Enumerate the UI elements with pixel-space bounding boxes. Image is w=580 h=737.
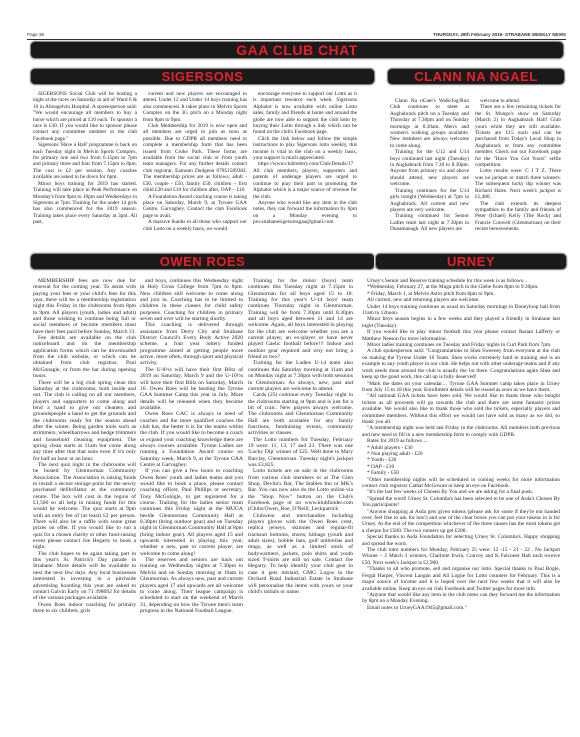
owen-roes-col-2: and boys, continues this Wednesday night… [140, 278, 243, 614]
paragraph: Click the link below and follow the simp… [253, 136, 357, 162]
page-header: Page 36 THURSDAY, 28th February 2019- ST… [27, 28, 566, 40]
paragraph: Training for the minor (boys) team conti… [248, 278, 353, 360]
paragraph: Lotto tickets are on sale in the clubroo… [248, 468, 353, 512]
paragraph: A Foundation Award coaching course is ta… [143, 194, 247, 220]
paragraph: Under 14 boys training continues as usua… [362, 304, 560, 317]
paragraph: *Wednesday, February 27, at the Muga pit… [362, 284, 560, 290]
sigersons-col-3: encourage everyone to support our Lotto … [253, 91, 357, 226]
paragraph: "Mark the dates on your calendar… Tyrone… [362, 381, 560, 394]
date-publication: THURSDAY, 28th February 2019- STRABANE W… [433, 32, 566, 37]
paragraph: "A membership night was held last Friday… [362, 425, 560, 438]
paragraph: Club Membership for 2019 is now open and… [143, 123, 247, 193]
paragraph: Training for the U12 and U14 boys contin… [390, 149, 469, 187]
paragraph: "Spread the word! Urney St. Columba's ha… [362, 496, 560, 509]
paragraph: https://www.clublottery.com/Club/Details… [253, 161, 357, 199]
paragraph: current and new players are encouraged t… [143, 91, 247, 123]
page-number: Page 36 [27, 32, 44, 37]
paragraph: Training for the Ladies U-14 team also c… [248, 360, 353, 392]
paragraph: Sigersons 'Have a Ball' programme is bac… [33, 142, 137, 180]
paragraph: The club hopes to be again taking part i… [33, 551, 136, 602]
owen-roes-banner: OWEN ROES [30, 253, 375, 270]
paragraph: There are a few remaining tickets for th… [475, 104, 561, 168]
paragraph: Cards (25) continue every Tuesday night … [248, 392, 353, 436]
sigersons-col-2: current and new players are encouraged t… [143, 91, 247, 232]
paragraph: The Lotto numbers for Tuesday, February … [248, 437, 353, 469]
paragraph: "All national GAA tickets have been sold… [362, 393, 560, 425]
paragraph: Minor boys training for 2019 has started… [33, 181, 137, 226]
clann-col-1: Clann Na nGael's Walk/Jog/Run Club conti… [390, 98, 469, 233]
clann-na-ngael-banner: CLANN NA NGAEL [387, 68, 565, 85]
paragraph: The club extends its deepest sympathies … [475, 201, 561, 233]
paragraph: Owen Roes GAC is always in need of coach… [140, 411, 243, 468]
urney-column: Urney's Senior and Reserve training sche… [362, 278, 560, 611]
paragraph: Clann Na nGael's Walk/Jog/Run Club conti… [390, 98, 469, 149]
paragraph: "Anyone that would like any item in the … [362, 592, 560, 605]
sigersons-col-1: SIGERSONS Social Club will be hosting a … [33, 91, 137, 226]
paragraph: Owen Roes indoor coaching for primary th… [33, 602, 136, 615]
paragraph: MEMBERSHIP fees are now due for renewal … [33, 278, 136, 335]
paragraph: Special thanks to Asda Foundation for se… [362, 534, 560, 547]
paragraph: A club spokesperson said: "Congratulatio… [362, 348, 560, 380]
paragraph: Anyone who would like any item in the cl… [253, 200, 357, 226]
paragraph: SIGERSONS Social Club will be hosting a … [33, 91, 137, 142]
paragraph: A massive thanks to all those who suppor… [143, 219, 247, 232]
clann-col-2: welcome to attend. There are a few remai… [475, 98, 561, 233]
paragraph: Lotto results were: C I T Z. There was n… [475, 168, 561, 200]
owen-roes-col-1: MEMBERSHIP fees are now due for renewal … [33, 278, 136, 614]
paragraph: and boys, continues this Wednesday night… [140, 278, 243, 322]
main-banner: GAA CLUB CHAT [30, 41, 564, 59]
paragraph: Training continues for the U14 girls ton… [390, 188, 469, 214]
paragraph: encourage everyone to support our Lotto … [253, 91, 357, 136]
paragraph: "Thanks to all who promote, sell and org… [362, 566, 560, 592]
paragraph: Minor boys season begins in a few weeks … [362, 316, 560, 329]
paragraph: The U-8½s will have their first Blitz of… [140, 367, 243, 411]
paragraph: There will be a big club spring clean th… [33, 380, 136, 462]
paragraph: "Other membership nights will be schedul… [362, 477, 560, 490]
paragraph: "Anyone shopping at Asda gets given toke… [362, 509, 560, 535]
urney-banner: URNEY [375, 253, 567, 270]
paragraph: Email notes to UrneyGAA1945@gmail.com." [362, 605, 560, 611]
paragraph: Training continued for Senior Ladies tea… [390, 213, 469, 232]
paragraph: If you would like to play minor football… [362, 329, 560, 342]
paragraph: This coaching is delivered through assis… [140, 322, 243, 366]
paragraph: Clubwear and merchandise including playe… [248, 513, 353, 595]
paragraph: The reserves and seniors are back out tr… [140, 557, 243, 614]
owen-roes-col-3: Training for the minor (boys) team conti… [248, 278, 353, 595]
paragraph: "It's the last few weeks of Chosen By Yo… [362, 489, 560, 495]
paragraph: The club lotto numbers for Monday, Febru… [362, 547, 560, 566]
paragraph: If you can give a few hours to coaching … [140, 468, 243, 557]
paragraph: Fee details are available on the club no… [33, 335, 136, 379]
paragraph: The next quiz night in the clubrooms wil… [33, 462, 136, 551]
sigersons-banner: SIGERSONS [30, 68, 375, 85]
